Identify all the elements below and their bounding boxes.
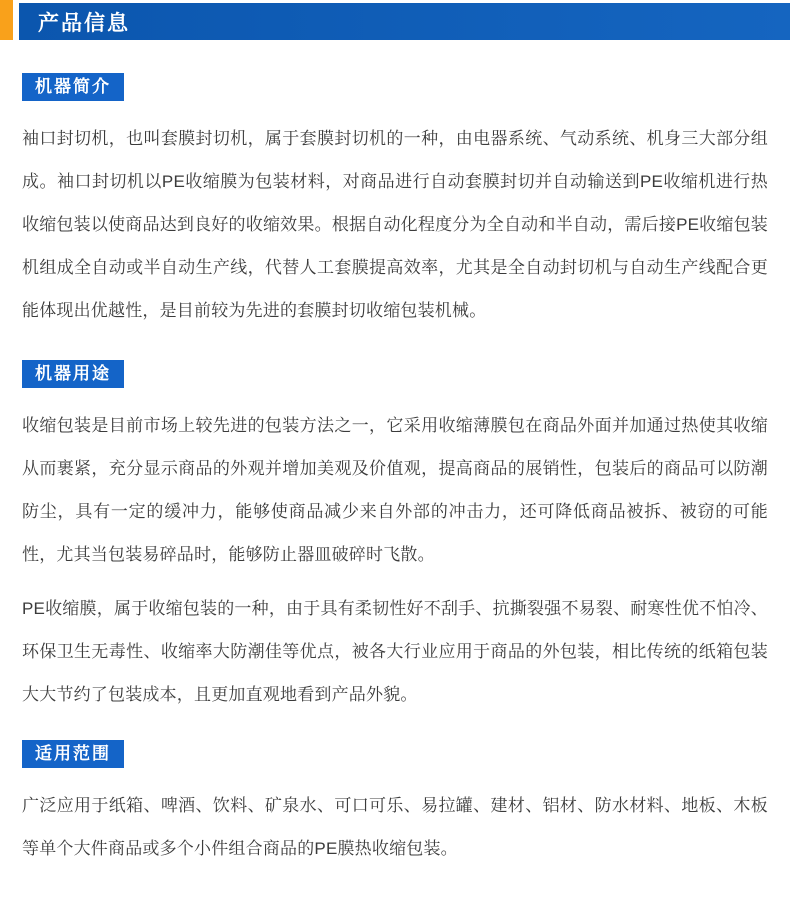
section-applicable-scope: 适用范围 广泛应用于纸箱、啤酒、饮料、矿泉水、可口可乐、易拉罐、建材、铝材、防水… (0, 716, 790, 870)
section-heading-machine-usage: 机器用途 (22, 360, 124, 388)
orange-accent-bar (0, 0, 13, 40)
section-machine-usage: 机器用途 收缩包装是目前市场上较先进的包装方法之一，它采用收缩薄膜包在商品外面并… (0, 332, 790, 716)
section-machine-intro: 机器简介 袖口封切机，也叫套膜封切机，属于套膜封切机的一种，由电器系统、气动系统… (0, 40, 790, 332)
page-title: 产品信息 (19, 7, 130, 37)
section-heading-machine-intro: 机器简介 (22, 73, 124, 101)
title-bar: 产品信息 (19, 3, 790, 40)
machine-intro-paragraph: 袖口封切机，也叫套膜封切机，属于套膜封切机的一种，由电器系统、气动系统、机身三大… (22, 117, 768, 332)
product-info-page: 产品信息 机器简介 袖口封切机，也叫套膜封切机，属于套膜封切机的一种，由电器系统… (0, 0, 790, 904)
page-header: 产品信息 (0, 0, 790, 40)
applicable-scope-paragraph: 广泛应用于纸箱、啤酒、饮料、矿泉水、可口可乐、易拉罐、建材、铝材、防水材料、地板… (22, 784, 768, 870)
machine-usage-paragraph-2: PE收缩膜，属于收缩包装的一种，由于具有柔韧性好不刮手、抗撕裂强不易裂、耐寒性优… (22, 587, 768, 716)
section-heading-applicable-scope: 适用范围 (22, 740, 124, 768)
machine-usage-paragraph-1: 收缩包装是目前市场上较先进的包装方法之一，它采用收缩薄膜包在商品外面并加通过热使… (22, 404, 768, 576)
